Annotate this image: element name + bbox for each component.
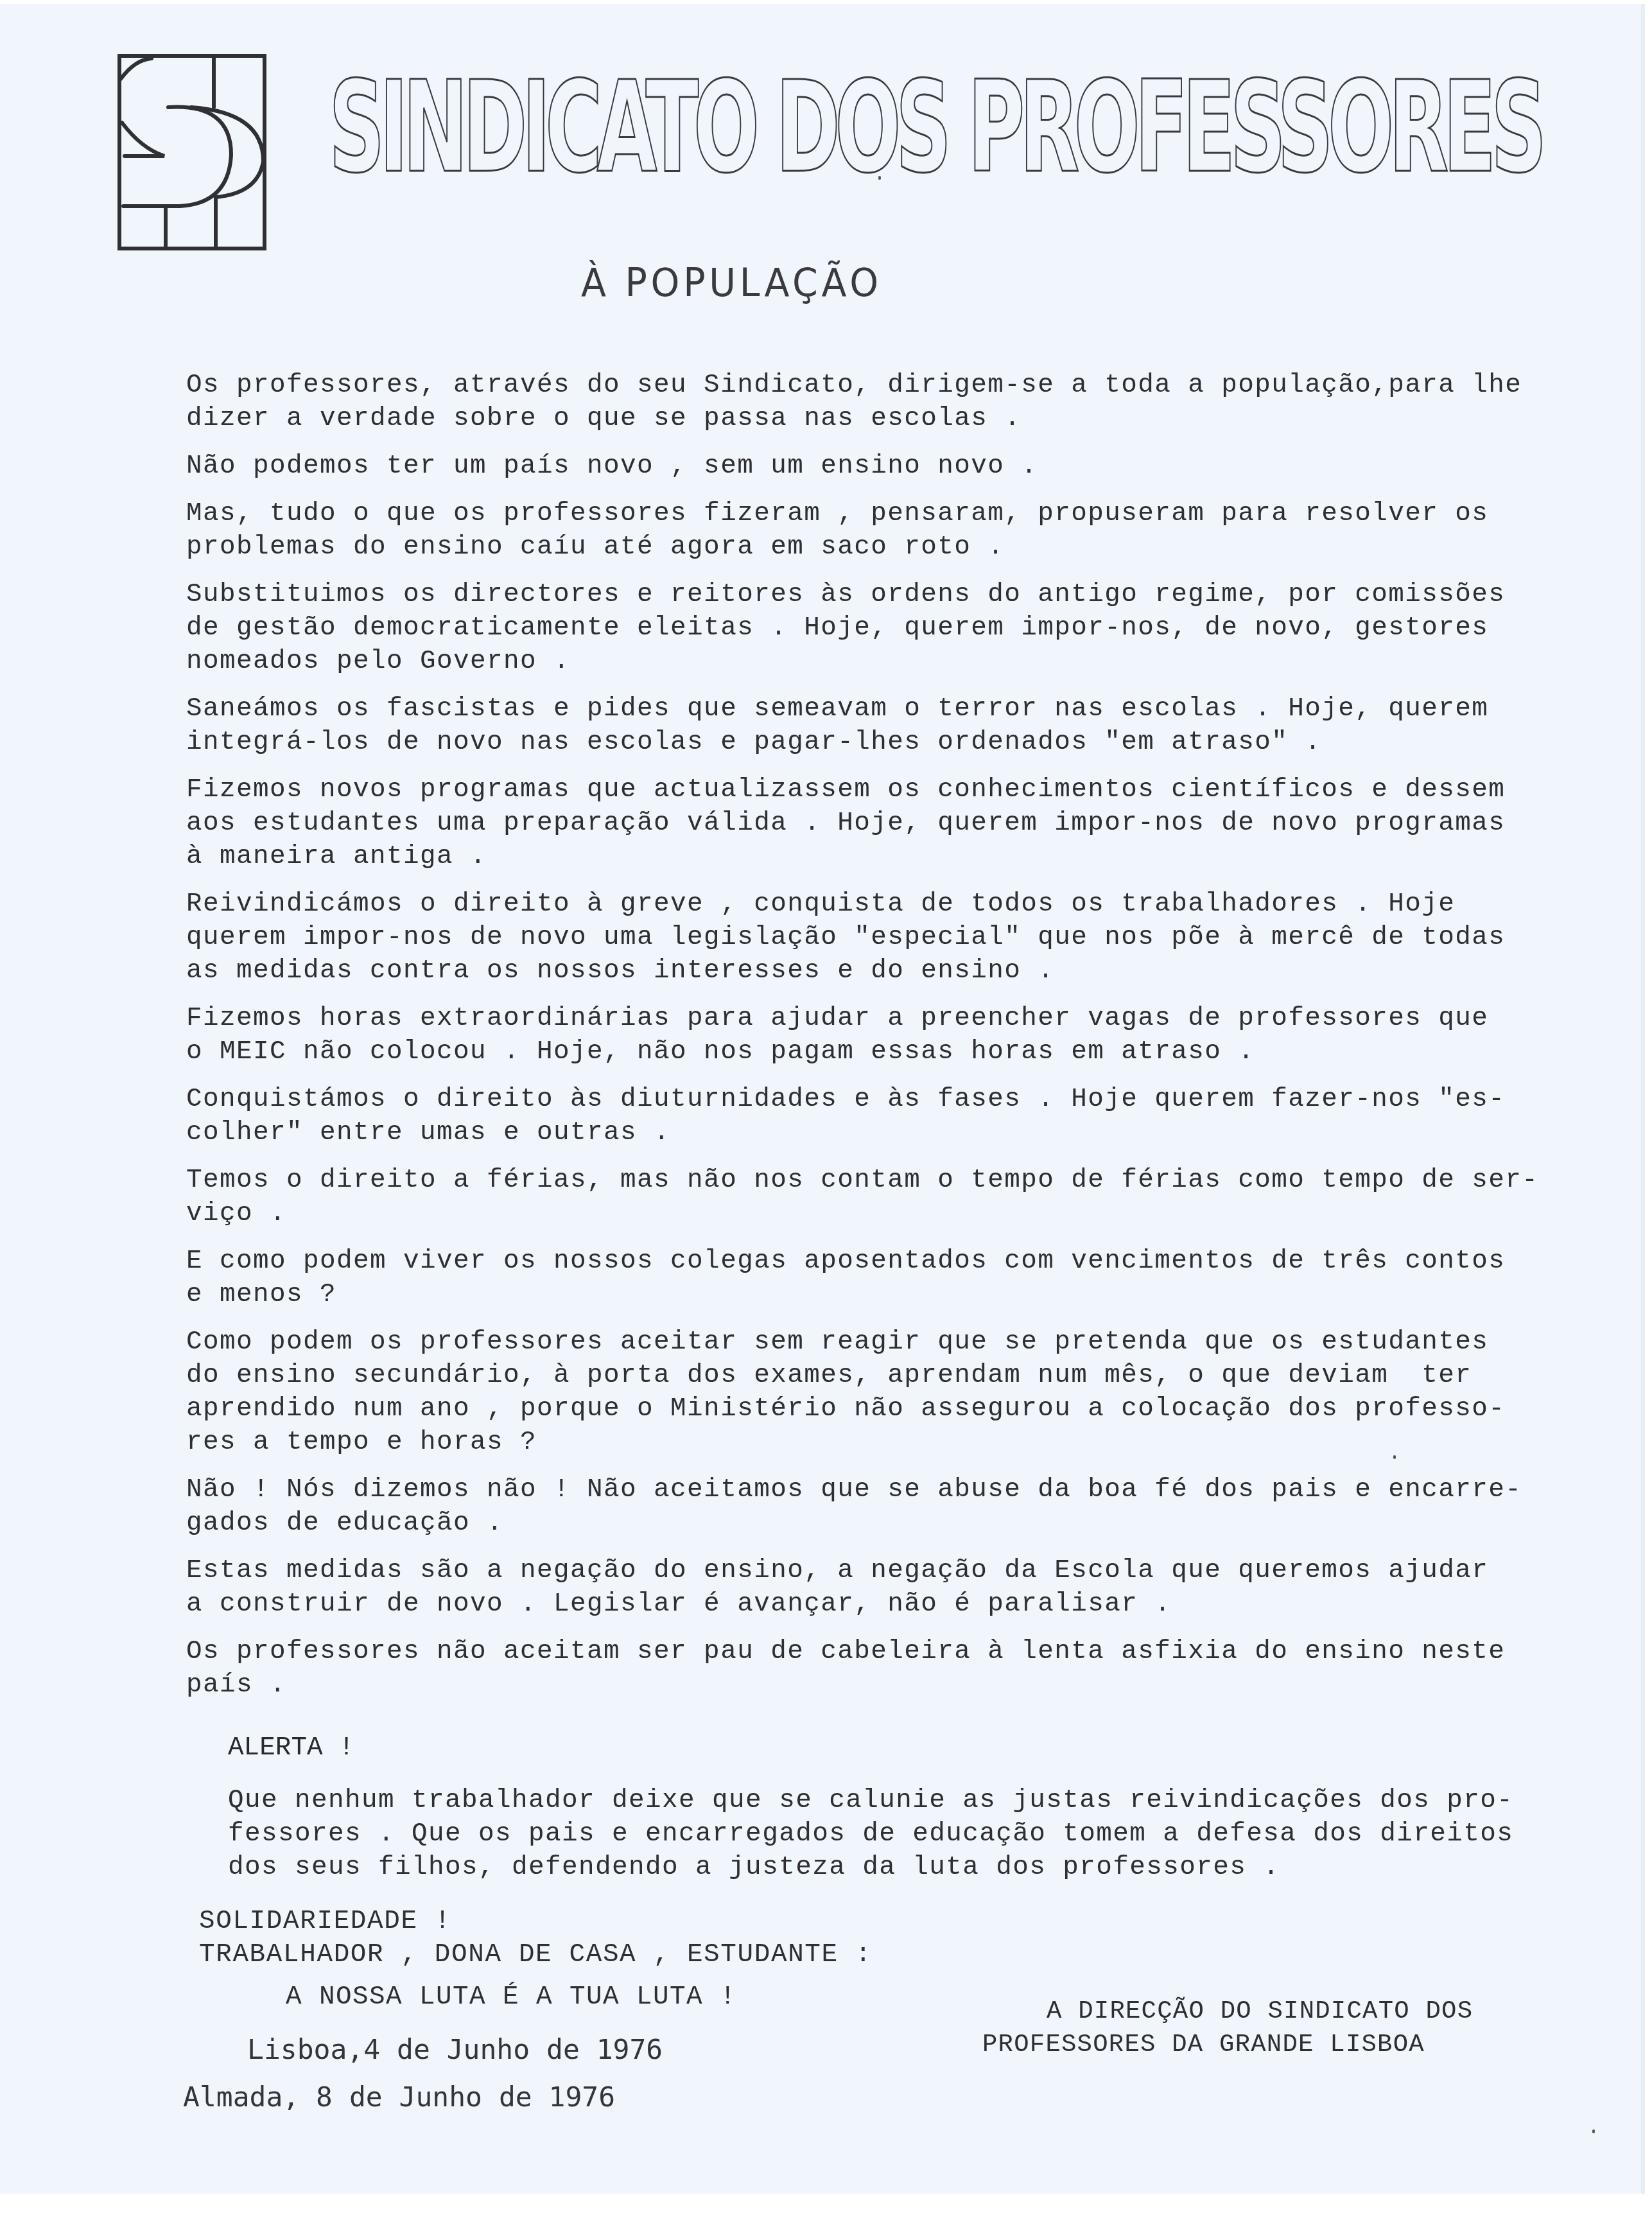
- page-subtitle: À POPULAÇÃO: [581, 261, 882, 306]
- text-line: Como podem os professores aceitar sem re…: [186, 1325, 1599, 1359]
- paragraph: Não podemos ter um país novo , sem um en…: [186, 450, 1599, 483]
- paragraph: Os professores não aceitam ser pau de ca…: [186, 1635, 1599, 1702]
- paragraph: Mas, tudo o que os professores fizeram ,…: [186, 497, 1599, 564]
- text-line: de gestão democraticamente eleitas . Hoj…: [186, 611, 1599, 645]
- text-line: país .: [186, 1668, 1599, 1702]
- text-line: Os professores, através do seu Sindicato…: [186, 369, 1599, 402]
- date-almada: Almada, 8 de Junho de 1976: [183, 2079, 615, 2115]
- text-line: nomeados pelo Governo .: [186, 645, 1599, 678]
- text-line: integrá-los de novo nas escolas e pagar-…: [186, 726, 1599, 759]
- signature-line: PROFESSORES DA GRANDE LISBOA: [982, 2028, 1473, 2061]
- text-line: colher" entre umas e outras .: [186, 1116, 1599, 1149]
- text-line: E como podem viver os nossos colegas apo…: [186, 1245, 1599, 1278]
- audience-line: TRABALHADOR , DONA DE CASA , ESTUDANTE :: [199, 1938, 872, 1971]
- sp-logo-icon: [116, 52, 270, 251]
- closing-section: SOLIDARIEDADE ! TRABALHADOR , DONA DE CA…: [199, 1905, 872, 1971]
- paragraph: Fizemos novos programas que actualizasse…: [186, 773, 1599, 873]
- date-lisboa-text: Lisboa,4 de Junho de 1976: [247, 2034, 663, 2066]
- alert-heading: ALERTA !: [228, 1731, 1576, 1765]
- logo-graphic: [116, 52, 270, 251]
- date-almada-text: Almada, 8 de Junho de 1976: [183, 2081, 615, 2113]
- text-line: a construir de novo . Legislar é avançar…: [186, 1587, 1599, 1621]
- paragraph: Como podem os professores aceitar sem re…: [186, 1325, 1599, 1459]
- text-line: Não podemos ter um país novo , sem um en…: [186, 450, 1599, 483]
- scan-speck: [1393, 1455, 1396, 1459]
- text-line: Reivindicámos o direito à greve , conqui…: [186, 887, 1599, 921]
- paragraph: Não ! Nós dizemos não ! Não aceitamos qu…: [186, 1473, 1599, 1540]
- paragraph: Temos o direito a férias, mas não nos co…: [186, 1164, 1599, 1230]
- scan-speck: [1592, 2129, 1595, 2133]
- text-line: aos estudantes uma preparação válida . H…: [186, 807, 1599, 840]
- text-line: Estas medidas são a negação do ensino, a…: [186, 1554, 1599, 1587]
- paragraph: Reivindicámos o direito à greve , conqui…: [186, 887, 1599, 988]
- text-line: Não ! Nós dizemos não ! Não aceitamos qu…: [186, 1473, 1599, 1507]
- text-line: à maneira antiga .: [186, 840, 1599, 873]
- paragraph: Os professores, através do seu Sindicato…: [186, 369, 1599, 435]
- manifesto-body: Os professores, através do seu Sindicato…: [186, 369, 1599, 1716]
- text-line: querem impor-nos de novo uma legislação …: [186, 921, 1599, 954]
- paragraph: Conquistámos o direito às diuturnidades …: [186, 1083, 1599, 1149]
- text-line: dizer a verdade sobre o que se passa nas…: [186, 402, 1599, 435]
- date-lisboa: Lisboa,4 de Junho de 1976: [247, 2032, 663, 2068]
- paragraph: Estas medidas são a negação do ensino, a…: [186, 1554, 1599, 1621]
- scan-speck: [878, 176, 881, 180]
- slogan-text: A NOSSA LUTA É A TUA LUTA !: [286, 1980, 736, 2014]
- text-line: res a tempo e horas ?: [186, 1426, 1599, 1459]
- text-line: Fizemos novos programas que actualizasse…: [186, 773, 1599, 807]
- text-line: Mas, tudo o que os professores fizeram ,…: [186, 497, 1599, 530]
- text-line: Temos o direito a férias, mas não nos co…: [186, 1164, 1599, 1197]
- text-line: Substituimos os directores e reitores às…: [186, 578, 1599, 611]
- text-line: Fizemos horas extraordinárias para ajuda…: [186, 1002, 1599, 1035]
- text-line: gados de educação .: [186, 1507, 1599, 1540]
- paragraph: Fizemos horas extraordinárias para ajuda…: [186, 1002, 1599, 1069]
- text-line: problemas do ensino caíu até agora em sa…: [186, 530, 1599, 564]
- solidarity-heading: SOLIDARIEDADE !: [199, 1905, 872, 1938]
- text-line: aprendido num ano , porque o Ministério …: [186, 1392, 1599, 1426]
- document-page: SINDICATO DOS PROFESSORES À POPULAÇÃO Os…: [0, 4, 1645, 2194]
- paragraph: E como podem viver os nossos colegas apo…: [186, 1245, 1599, 1311]
- organization-title: SINDICATO DOS PROFESSORES: [329, 73, 958, 182]
- text-line: Os professores não aceitam ser pau de ca…: [186, 1635, 1599, 1668]
- text-line: Conquistámos o direito às diuturnidades …: [186, 1083, 1599, 1116]
- text-line: fessores . Que os pais e encarregados de…: [228, 1817, 1576, 1851]
- text-line: as medidas contra os nossos interesses e…: [186, 954, 1599, 988]
- slogan: A NOSSA LUTA É A TUA LUTA !: [286, 1980, 736, 2014]
- text-line: e menos ?: [186, 1278, 1599, 1311]
- signature-block: A DIRECÇÃO DO SINDICATO DOS PROFESSORES …: [982, 1995, 1473, 2061]
- text-line: viço .: [186, 1197, 1599, 1230]
- paragraph: Saneámos os fascistas e pides que semeav…: [186, 692, 1599, 759]
- signature-line: A DIRECÇÃO DO SINDICATO DOS: [982, 1995, 1473, 2028]
- alert-section: ALERTA ! Que nenhum trabalhador deixe qu…: [228, 1731, 1576, 1884]
- text-line: dos seus filhos, defendendo a justeza da…: [228, 1851, 1576, 1884]
- text-line: Saneámos os fascistas e pides que semeav…: [186, 692, 1599, 726]
- text-line: Que nenhum trabalhador deixe que se calu…: [228, 1784, 1576, 1817]
- text-line: o MEIC não colocou . Hoje, não nos pagam…: [186, 1035, 1599, 1069]
- paragraph: Substituimos os directores e reitores às…: [186, 578, 1599, 678]
- text-line: do ensino secundário, à porta dos exames…: [186, 1359, 1599, 1392]
